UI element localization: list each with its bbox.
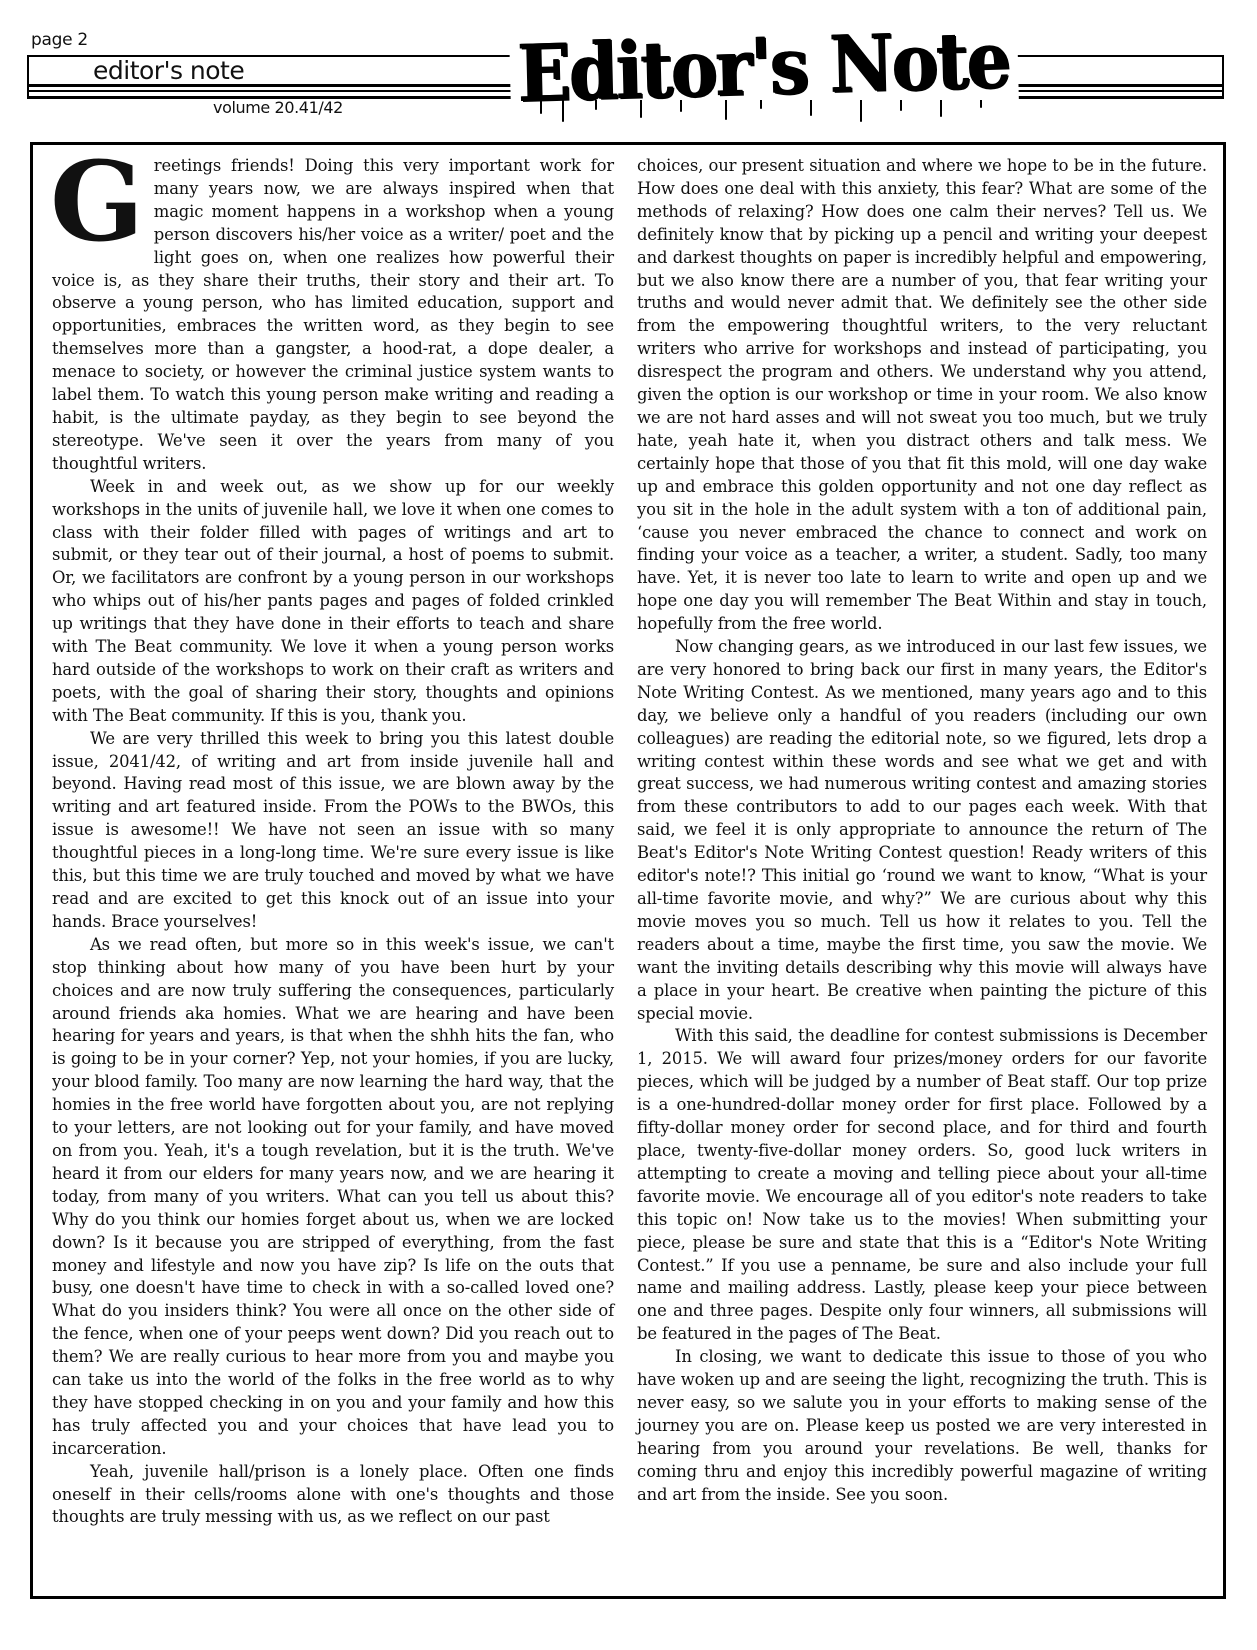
article-paragraph: We are very thrilled this week to bring … (52, 728, 614, 934)
article-paragraph: Yeah, juvenile hall/prison is a lonely p… (52, 1461, 614, 1530)
article-paragraph: Greetings friends! Doing this very impor… (52, 155, 614, 476)
dropcap: G (50, 159, 144, 251)
article-paragraph: Now changing gears, as we introduced in … (637, 636, 1207, 1025)
page-label: page 2 (31, 30, 88, 50)
article-paragraph: As we read often, but more so in this we… (52, 934, 614, 1461)
masthead-drip-decoration (520, 100, 1020, 130)
article-paragraph: With this said, the deadline for contest… (637, 1025, 1207, 1346)
article-paragraph: choices, our present situation and where… (637, 155, 1207, 636)
article-paragraph: Week in and week out, as we show up for … (52, 476, 614, 728)
article-paragraph: In closing, we want to dedicate this iss… (637, 1346, 1207, 1506)
section-label: editor's note (93, 56, 244, 85)
article-right-column: choices, our present situation and where… (637, 155, 1207, 1506)
volume-label: volume 20.41/42 (213, 98, 343, 117)
article-left-column: Greetings friends! Doing this very impor… (52, 155, 614, 1529)
